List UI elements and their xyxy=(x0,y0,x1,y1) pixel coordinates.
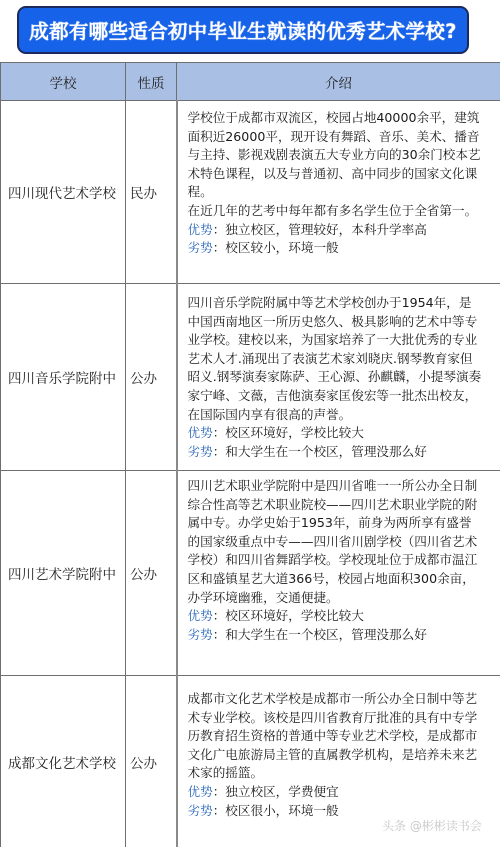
school-nature: 公办 xyxy=(126,471,177,676)
disadvantage-label: 劣势 xyxy=(188,444,213,459)
school-name: 成都文化艺术学校 xyxy=(1,676,126,847)
watermark: 头条 @彬彬读书会 xyxy=(382,817,482,834)
table-row: 四川音乐学院附中 公办 四川音乐学院附属中等艺术学校创办于1954年，是中国西南… xyxy=(1,284,500,471)
header-intro: 介绍 xyxy=(177,63,500,101)
school-nature: 公办 xyxy=(126,284,177,471)
school-nature: 公办 xyxy=(126,676,177,847)
table-row: 四川现代艺术学校 民办 学校位于成都市双流区，校园占地40000余平，建筑面积近… xyxy=(1,101,500,284)
disadvantage-line: 劣势：校区较小，环境一般 xyxy=(188,239,483,258)
disadvantage-line: 劣势：和大学生在一个校区，管理没那么好 xyxy=(188,443,483,462)
advantage-line: 优势：独立校区，学费便宜 xyxy=(188,783,483,802)
advantage-text: 校区环境好，学校比较大 xyxy=(225,608,364,623)
disadvantage-text: 校区较小，环境一般 xyxy=(225,240,338,255)
advantage-line: 优势：校区环境好，学校比较大 xyxy=(188,424,483,443)
school-nature: 民办 xyxy=(126,101,177,284)
disadvantage-text: 校区很小，环境一般 xyxy=(225,803,338,818)
disadvantage-line: 劣势：和大学生在一个校区，管理没那么好 xyxy=(188,626,483,645)
school-intro: 四川艺术职业学院附中是四川省唯一一所公办全日制综合性高等艺术职业院校——四川艺术… xyxy=(177,471,500,676)
school-intro: 学校位于成都市双流区，校园占地40000余平，建筑面积近26000平，现开设有舞… xyxy=(177,101,500,284)
disadvantage-text: 和大学生在一个校区，管理没那么好 xyxy=(225,444,427,459)
disadvantage-text: 和大学生在一个校区，管理没那么好 xyxy=(225,627,427,642)
title-banner: 成都有哪些适合初中毕业生就读的优秀艺术学校? xyxy=(17,6,469,54)
disadvantage-label: 劣势 xyxy=(188,627,213,642)
disadvantage-label: 劣势 xyxy=(188,240,213,255)
page-title: 成都有哪些适合初中毕业生就读的优秀艺术学校? xyxy=(29,16,456,44)
advantage-line: 优势：独立校区，管理较好，本科升学率高 xyxy=(188,221,483,240)
intro-paragraph: 在近几年的艺考中每年都有多名学生位于全省第一。 xyxy=(188,202,483,221)
intro-paragraph: 学校位于成都市双流区，校园占地40000余平，建筑面积近26000平，现开设有舞… xyxy=(188,109,483,202)
school-name: 四川艺术学院附中 xyxy=(1,471,126,676)
table-row: 四川艺术学院附中 公办 四川艺术职业学院附中是四川省唯一一所公办全日制综合性高等… xyxy=(1,471,500,676)
intro-paragraph: 成都市文化艺术学校是成都市一所公办全日制中等艺术专业学校。该校是四川省教育厅批准… xyxy=(188,690,483,783)
table-header-row: 学校 性质 介绍 xyxy=(1,63,500,101)
advantage-line: 优势：校区环境好，学校比较大 xyxy=(188,607,483,626)
header-school: 学校 xyxy=(1,63,126,101)
intro-paragraph: 四川艺术职业学院附中是四川省唯一一所公办全日制综合性高等艺术职业院校——四川艺术… xyxy=(188,477,483,607)
advantage-text: 校区环境好，学校比较大 xyxy=(225,425,364,440)
school-name: 四川现代艺术学校 xyxy=(1,101,126,284)
advantage-text: 独立校区，学费便宜 xyxy=(225,784,338,799)
disadvantage-label: 劣势 xyxy=(188,803,213,818)
school-intro: 四川音乐学院附属中等艺术学校创办于1954年，是中国西南地区一所历史悠久、极具影… xyxy=(177,284,500,471)
advantage-label: 优势 xyxy=(188,425,213,440)
schools-table: 学校 性质 介绍 四川现代艺术学校 民办 学校位于成都市双流区，校园占地4000… xyxy=(0,62,500,847)
advantage-label: 优势 xyxy=(188,784,213,799)
advantage-label: 优势 xyxy=(188,222,213,237)
advantage-label: 优势 xyxy=(188,608,213,623)
header-nature: 性质 xyxy=(126,63,177,101)
advantage-text: 独立校区，管理较好，本科升学率高 xyxy=(225,222,427,237)
intro-paragraph: 四川音乐学院附属中等艺术学校创办于1954年，是中国西南地区一所历史悠久、极具影… xyxy=(188,294,483,424)
school-name: 四川音乐学院附中 xyxy=(1,284,126,471)
